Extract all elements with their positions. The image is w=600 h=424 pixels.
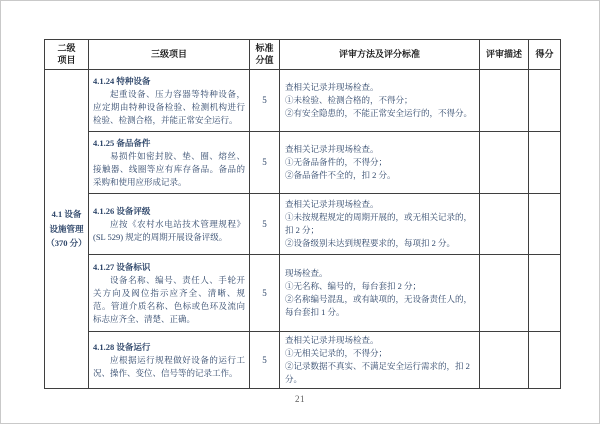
method-main: 查相关记录并现场检查。 bbox=[285, 198, 474, 211]
score-cell bbox=[529, 194, 561, 255]
item-cell: 4.1.28 设备运行 应根据运行规程做好设备的运行工况、操作、变位、信号等的记… bbox=[89, 332, 250, 389]
score-cell bbox=[529, 332, 561, 389]
item-number: 4.1.26 bbox=[93, 206, 114, 216]
item-name: 备品备件 bbox=[116, 138, 150, 148]
document-page: 二级 项目 三级项目 标准 分值 评审方法及评分标准 评审描述 得分 4.1 设… bbox=[0, 0, 600, 424]
method-main: 查相关记录并现场检查。 bbox=[285, 81, 474, 94]
item-cell: 4.1.24 特种设备 起重设备、压力容器等特种设备，应定期由特种设备检验、检测… bbox=[89, 70, 250, 132]
method-criterion-2: ②备品备件不全的，扣 2 分。 bbox=[285, 169, 474, 182]
method-criterion-2: ②有安全隐患的，不能正常安全运行的，不得分。 bbox=[285, 107, 474, 120]
header-score: 得分 bbox=[529, 40, 561, 70]
group-label-cell: 4.1 设备 设施管理 （370 分） bbox=[45, 70, 89, 389]
item-description: 应按《农村水电站技术管理规程》(SL 529) 规定的周期开展设备评级。 bbox=[93, 218, 245, 244]
page-number: 21 bbox=[1, 394, 599, 404]
standard-score-cell: 5 bbox=[250, 194, 280, 255]
method-criterion-2: ②记录数据不真实、不满足安全运行需求的，扣 2 分。 bbox=[285, 360, 474, 386]
table-header-row: 二级 项目 三级项目 标准 分值 评审方法及评分标准 评审描述 得分 bbox=[45, 40, 561, 70]
table-row: 4.1.28 设备运行 应根据运行规程做好设备的运行工况、操作、变位、信号等的记… bbox=[45, 332, 561, 389]
header-review-method: 评审方法及评分标准 bbox=[280, 40, 480, 70]
table-row: 4.1.27 设备标识 设备名称、编号、责任人、手轮开关方向及阀位指示应齐全、清… bbox=[45, 255, 561, 332]
standard-score-cell: 5 bbox=[250, 255, 280, 332]
item-title: 4.1.26 设备评级 bbox=[93, 205, 245, 218]
review-note-cell bbox=[480, 70, 529, 132]
item-number: 4.1.25 bbox=[93, 138, 114, 148]
method-criterion-1: ①无相关记录的，不得分； bbox=[285, 347, 474, 360]
header-standard-score: 标准 分值 bbox=[250, 40, 280, 70]
item-name: 设备评级 bbox=[116, 206, 150, 216]
standard-score-cell: 5 bbox=[250, 132, 280, 194]
method-criterion-1: ①无名称、编号的，每台套扣 2 分； bbox=[285, 280, 474, 293]
method-criterion-2: ②名称编号混乱，或有缺项的，无设备责任人的，每台套扣 1 分。 bbox=[285, 293, 474, 319]
score-cell bbox=[529, 255, 561, 332]
item-title: 4.1.24 特种设备 bbox=[93, 75, 245, 88]
item-description: 设备名称、编号、责任人、手轮开关方向及阀位指示应齐全、清晰、规范。管道介质名称、… bbox=[93, 274, 245, 326]
item-description: 起重设备、压力容器等特种设备，应定期由特种设备检验、检测机构进行检验、检测合格，… bbox=[93, 88, 245, 127]
standard-score-cell: 5 bbox=[250, 332, 280, 389]
item-cell: 4.1.25 备品备件 易损件如密封胶、垫、圈、熔丝、接触器、线圈等应有库存备品… bbox=[89, 132, 250, 194]
item-name: 设备标识 bbox=[116, 262, 150, 272]
item-cell: 4.1.27 设备标识 设备名称、编号、责任人、手轮开关方向及阀位指示应齐全、清… bbox=[89, 255, 250, 332]
item-title: 4.1.27 设备标识 bbox=[93, 261, 245, 274]
review-note-cell bbox=[480, 255, 529, 332]
method-cell: 查相关记录并现场检查。 ①无相关记录的，不得分； ②记录数据不真实、不满足安全运… bbox=[280, 332, 480, 389]
standard-score-cell: 5 bbox=[250, 70, 280, 132]
header-review-description: 评审描述 bbox=[480, 40, 529, 70]
header-level3-project: 三级项目 bbox=[89, 40, 250, 70]
method-criterion-2: ②设备级别未达到规程要求的，每项扣 2 分。 bbox=[285, 237, 474, 250]
table-row: 4.1 设备 设施管理 （370 分） 4.1.24 特种设备 起重设备、压力容… bbox=[45, 70, 561, 132]
table-row: 4.1.25 备品备件 易损件如密封胶、垫、圈、熔丝、接触器、线圈等应有库存备品… bbox=[45, 132, 561, 194]
method-criterion-1: ①未按规程规定的周期开展的，或无相关记录的，扣 2 分； bbox=[285, 211, 474, 237]
item-name: 设备运行 bbox=[116, 342, 150, 352]
method-criterion-1: ①无备品备件的，不得分； bbox=[285, 156, 474, 169]
item-description: 应根据运行规程做好设备的运行工况、操作、变位、信号等的记录工作。 bbox=[93, 354, 245, 380]
score-cell bbox=[529, 132, 561, 194]
header-level2-project: 二级 项目 bbox=[45, 40, 89, 70]
method-criterion-1: ①未检验、检测合格的，不得分； bbox=[285, 94, 474, 107]
item-cell: 4.1.26 设备评级 应按《农村水电站技术管理规程》(SL 529) 规定的周… bbox=[89, 194, 250, 255]
method-main: 查相关记录并现场检查。 bbox=[285, 334, 474, 347]
item-number: 4.1.27 bbox=[93, 262, 114, 272]
review-note-cell bbox=[480, 132, 529, 194]
item-name: 特种设备 bbox=[116, 76, 150, 86]
method-main: 现场检查。 bbox=[285, 267, 474, 280]
item-number: 4.1.28 bbox=[93, 342, 114, 352]
item-title: 4.1.25 备品备件 bbox=[93, 137, 245, 150]
score-cell bbox=[529, 70, 561, 132]
method-cell: 查相关记录并现场检查。 ①未按规程规定的周期开展的，或无相关记录的，扣 2 分；… bbox=[280, 194, 480, 255]
method-cell: 查相关记录并现场检查。 ①未检验、检测合格的，不得分； ②有安全隐患的，不能正常… bbox=[280, 70, 480, 132]
review-note-cell bbox=[480, 194, 529, 255]
method-cell: 查相关记录并现场检查。 ①无备品备件的，不得分； ②备品备件不全的，扣 2 分。 bbox=[280, 132, 480, 194]
item-description: 易损件如密封胶、垫、圈、熔丝、接触器、线圈等应有库存备品。备品的采购和使用应形成… bbox=[93, 150, 245, 189]
item-title: 4.1.28 设备运行 bbox=[93, 341, 245, 354]
method-main: 查相关记录并现场检查。 bbox=[285, 143, 474, 156]
item-number: 4.1.24 bbox=[93, 76, 114, 86]
review-note-cell bbox=[480, 332, 529, 389]
table-row: 4.1.26 设备评级 应按《农村水电站技术管理规程》(SL 529) 规定的周… bbox=[45, 194, 561, 255]
evaluation-table: 二级 项目 三级项目 标准 分值 评审方法及评分标准 评审描述 得分 4.1 设… bbox=[44, 39, 561, 389]
method-cell: 现场检查。 ①无名称、编号的，每台套扣 2 分； ②名称编号混乱，或有缺项的，无… bbox=[280, 255, 480, 332]
